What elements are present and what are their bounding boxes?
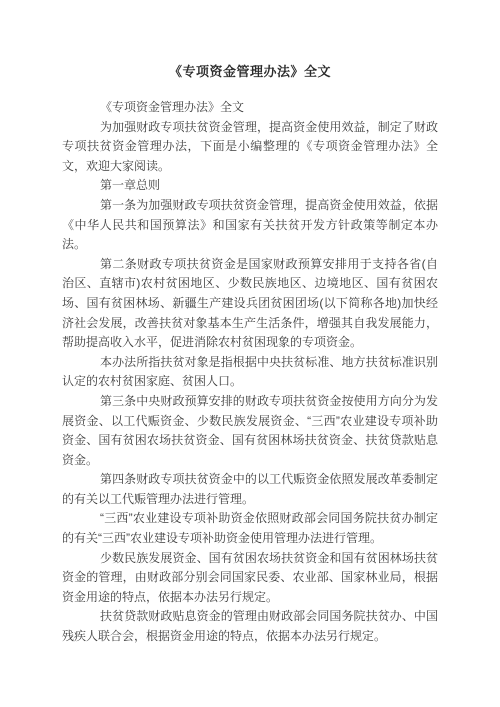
document-paragraph: 第四条财政专项扶贫资金中的以工代赈资金依照发展改革委制定的有关以工代赈管理办法进… <box>62 470 438 509</box>
document-paragraph: 第一章总则 <box>62 176 438 196</box>
document-paragraph: “三西”农业建设专项补助资金依照财政部会同国务院扶贫办制定的有关“三西”农业建设… <box>62 509 438 548</box>
document-paragraph: 《专项资金管理办法》全文 <box>62 98 438 118</box>
document-body: 《专项资金管理办法》全文为加强财政专项扶贫资金管理，提高资金使用效益，制定了财政… <box>62 98 438 647</box>
document-title: 《专项资金管理办法》全文 <box>62 62 438 82</box>
document-page: 《专项资金管理办法》全文 《专项资金管理办法》全文为加强财政专项扶贫资金管理，提… <box>0 0 500 707</box>
document-paragraph: 第一条为加强财政专项扶贫资金管理，提高资金使用效益，依据《中华人民共和国预算法》… <box>62 196 438 255</box>
document-paragraph: 为加强财政专项扶贫资金管理，提高资金使用效益，制定了财政专项扶贫资金管理办法，下… <box>62 118 438 177</box>
document-paragraph: 第三条中央财政预算安排的财政专项扶贫资金按使用方向分为发展资金、以工代赈资金、少… <box>62 392 438 470</box>
document-paragraph: 少数民族发展资金、国有贫困农场扶贫资金和国有贫困林场扶贫资金的管理，由财政部分别… <box>62 549 438 608</box>
document-paragraph: 第二条财政专项扶贫资金是国家财政预算安排用于支持各省(自治区、直辖市)农村贫困地… <box>62 255 438 353</box>
document-paragraph: 本办法所指扶贫对象是指根据中央扶贫标准、地方扶贫标准识别认定的农村贫困家庭、贫困… <box>62 353 438 392</box>
document-content: 《专项资金管理办法》全文 《专项资金管理办法》全文为加强财政专项扶贫资金管理，提… <box>0 0 500 647</box>
document-paragraph: 扶贫贷款财政贴息资金的管理由财政部会同国务院扶贫办、中国残疾人联合会，根据资金用… <box>62 607 438 646</box>
